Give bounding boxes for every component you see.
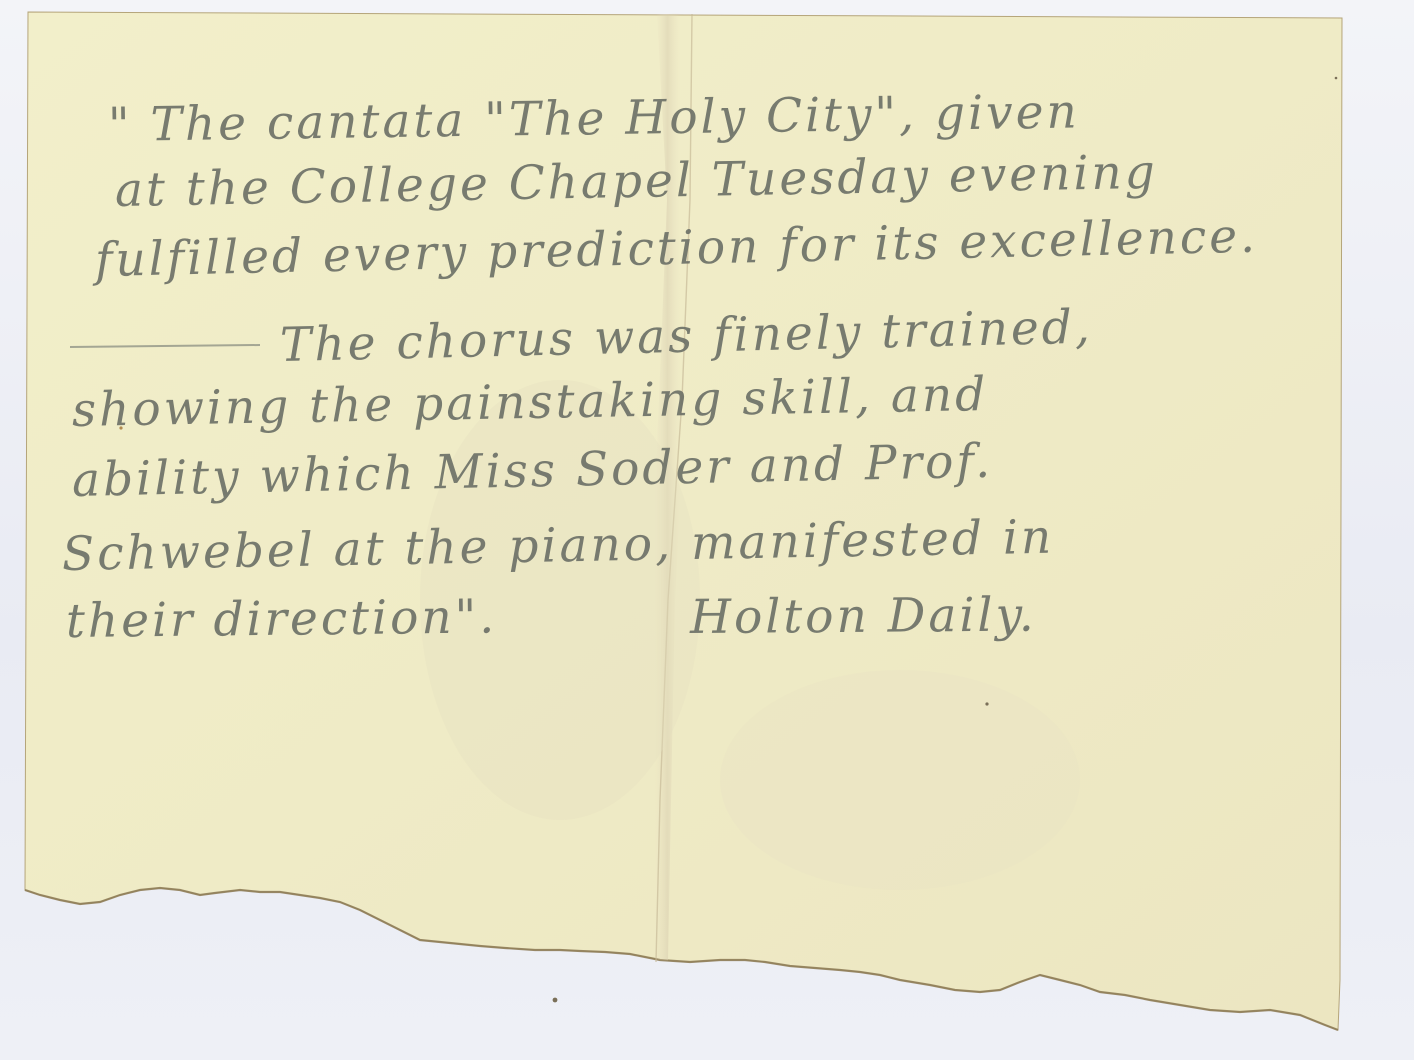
text-line-2: at the College Chapel Tuesday evening <box>115 145 1159 218</box>
text-line-5: showing the painstaking skill, and <box>72 367 989 438</box>
source-attribution: Holton Daily. <box>690 588 1037 645</box>
text-line-7: Schwebel at the piano, manifested in <box>62 510 1055 582</box>
scanned-document: " The cantata "The Holy City", given at … <box>0 0 1414 1060</box>
handwritten-text: " The cantata "The Holy City", given at … <box>0 0 1414 1060</box>
text-line-1: " The cantata "The Holy City", given <box>108 84 1080 153</box>
text-line-8: their direction". <box>66 589 498 649</box>
text-line-6: ability which Miss Soder and Prof. <box>71 434 993 508</box>
text-line-4: The chorus was finely trained, <box>279 300 1093 373</box>
text-line-3: fulfilled every prediction for its excel… <box>94 209 1258 288</box>
paragraph-dash <box>70 344 260 348</box>
